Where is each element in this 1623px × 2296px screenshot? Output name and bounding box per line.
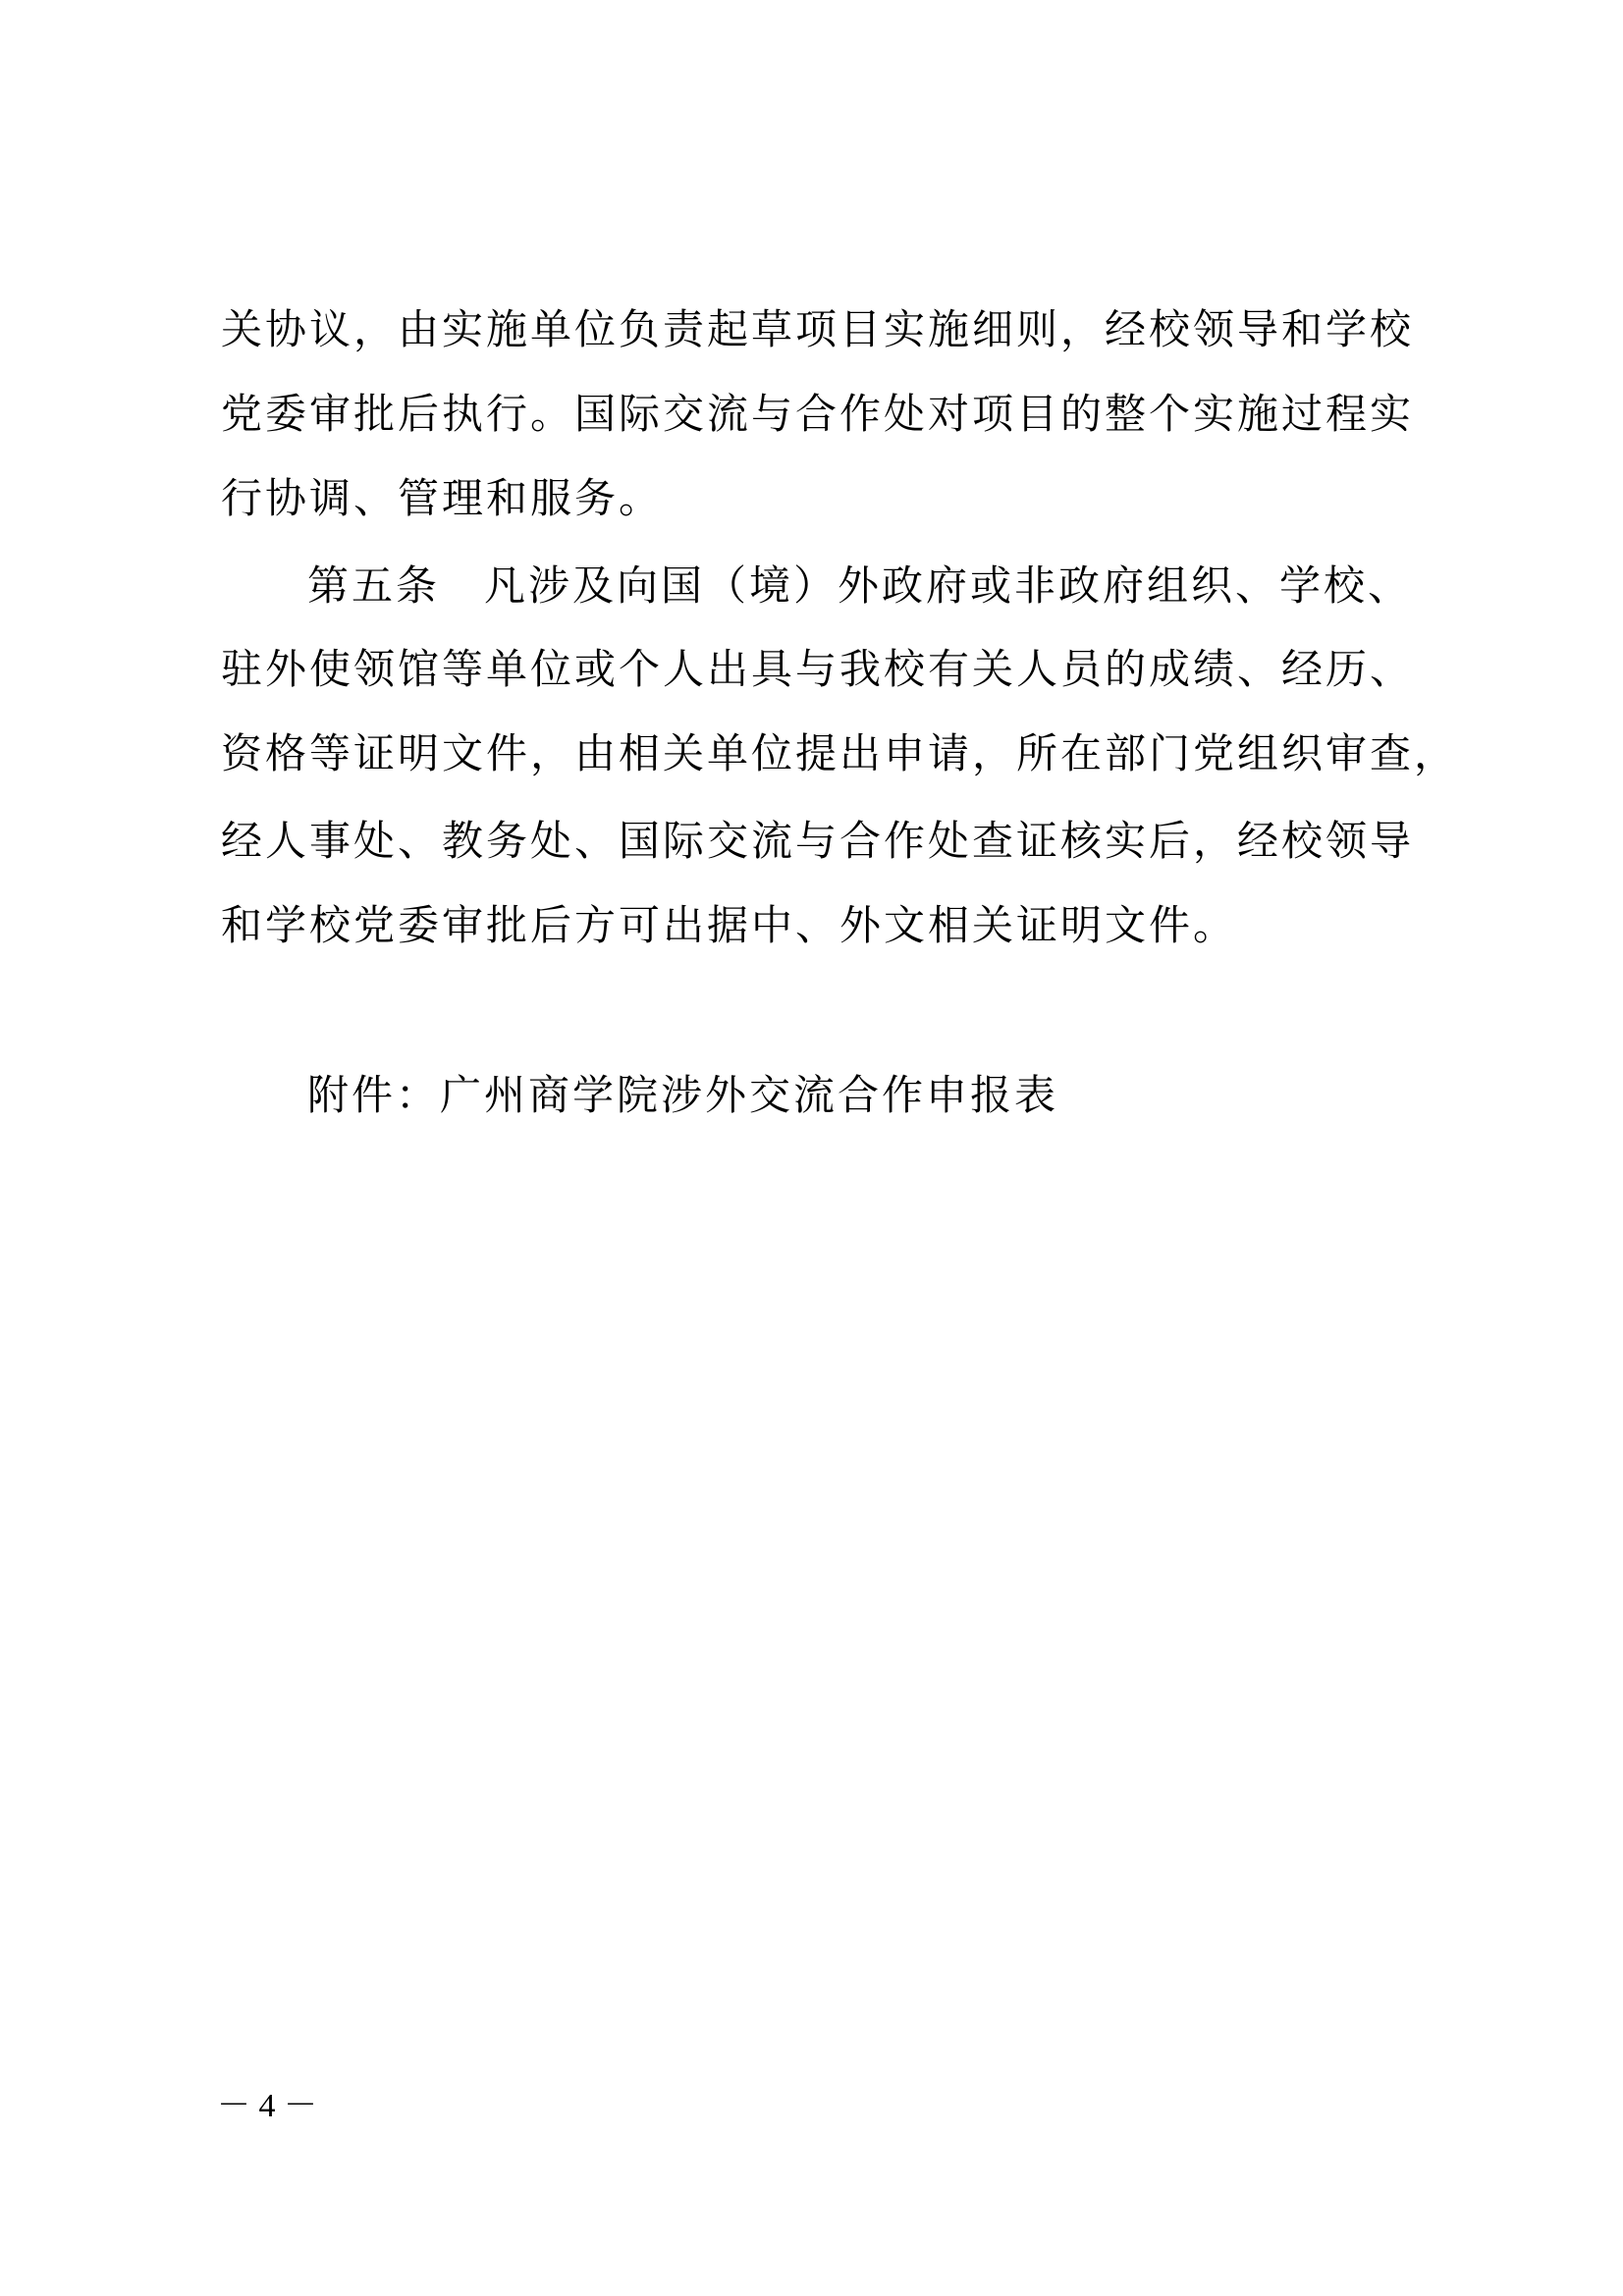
paragraph-line: 资格等证明文件，由相关单位提出申请，所在部门党组织审查， — [221, 724, 1458, 783]
paragraph-line: 驻外使领馆等单位或个人出具与我校有关人员的成绩、经历、 — [221, 640, 1414, 699]
paragraph-line: 经人事处、教务处、国际交流与合作处查证核实后，经校领导 — [221, 812, 1414, 871]
page-number: － 4 － — [217, 2087, 317, 2126]
paragraph-line: 行协调、管理和服务。 — [221, 469, 663, 528]
article-heading-line: 第五条 凡涉及向国（境）外政府或非政府组织、学校、 — [307, 557, 1412, 615]
paragraph-line: 和学校党委审批后方可出据中、外文相关证明文件。 — [221, 896, 1237, 955]
paragraph-line: 关协议，由实施单位负责起草项目实施细则，经校领导和学校 — [221, 300, 1414, 359]
paragraph-line: 党委审批后执行。国际交流与合作处对项目的整个实施过程实 — [221, 385, 1414, 444]
document-page: 关协议，由实施单位负责起草项目实施细则，经校领导和学校 党委审批后执行。国际交流… — [0, 0, 1623, 2296]
attachment-line: 附件：广州商学院涉外交流合作申报表 — [307, 1066, 1058, 1125]
